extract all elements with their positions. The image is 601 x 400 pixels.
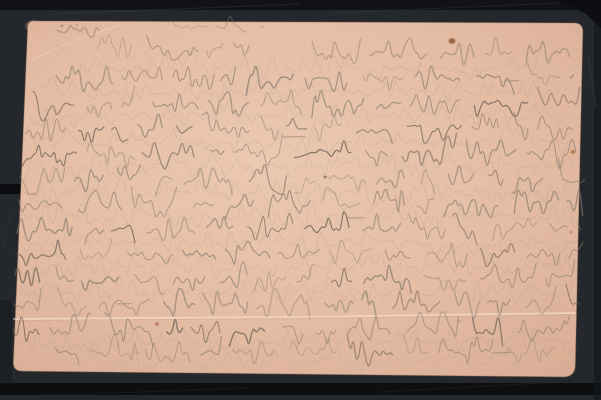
stain-spot xyxy=(324,176,326,179)
background-band xyxy=(0,300,12,384)
worn-corner-shade xyxy=(25,20,41,32)
handwriting-dash-stroke xyxy=(348,218,363,219)
postcard xyxy=(13,17,584,377)
handwriting-dash-stroke xyxy=(505,81,519,82)
postcard-scan-svg: Photograph of an old postal card covered… xyxy=(0,0,601,400)
handwriting-dash-stroke xyxy=(492,353,510,354)
handwriting-dash-stroke xyxy=(118,304,131,305)
stain-spot xyxy=(76,24,78,26)
background-band xyxy=(594,0,601,400)
stain-spot xyxy=(155,323,158,326)
photographed-postcard-scene: Photograph of an old postal card covered… xyxy=(0,0,601,400)
handwriting-dash-stroke xyxy=(283,137,305,138)
stain-spot xyxy=(449,38,456,44)
stain-spot xyxy=(570,231,573,234)
stain-spot xyxy=(571,150,575,154)
stain-spot xyxy=(61,25,63,27)
